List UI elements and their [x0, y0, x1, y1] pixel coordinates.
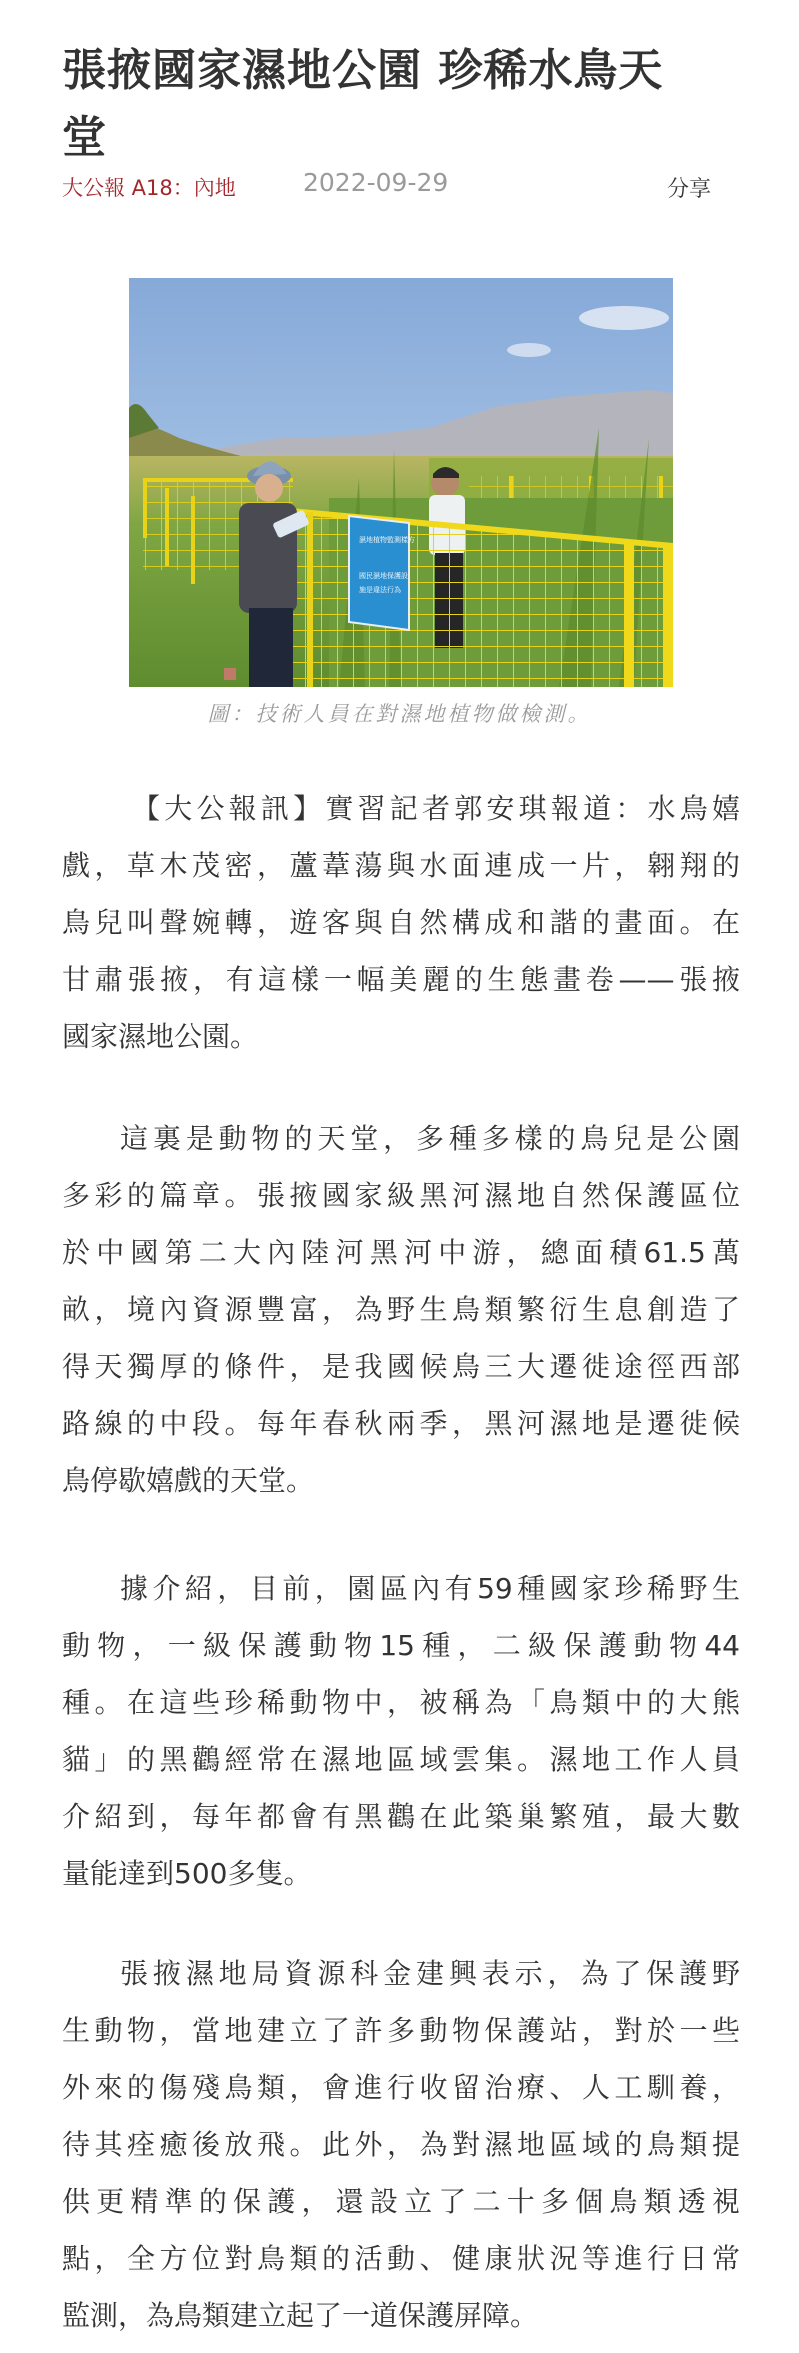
- paragraph-line: 鳥兒叫聲婉轉，遊客與自然構成和諧的畫面。在: [62, 894, 740, 951]
- paragraph-line: 甘肅張掖，有這樣一幅美麗的生態畫卷——張掖: [62, 951, 740, 1008]
- paragraph-line: 【大公報訊】實習記者郭安琪報道：水鳥嬉: [62, 780, 740, 837]
- publish-date: 2022-09-29: [303, 168, 448, 197]
- article-photo: 濕地植物監測樣方 國民濕地保護設 施是違法行為: [129, 278, 673, 687]
- paragraph-line: 點，全方位對鳥類的活動、健康狀況等進行日常: [62, 2230, 740, 2287]
- paragraph-line: 這裏是動物的天堂，多種多樣的鳥兒是公園: [62, 1110, 740, 1167]
- paragraph-line: 待其痊癒後放飛。此外，為對濕地區域的鳥類提: [62, 2116, 740, 2173]
- svg-text:濕地植物監測樣方: 濕地植物監測樣方: [359, 535, 415, 544]
- paragraph-line: 動物，一級保護動物15種，二級保護動物44: [62, 1617, 740, 1674]
- paragraph-line: 生動物，當地建立了許多動物保護站，對於一些: [62, 2002, 740, 2059]
- paragraph-line: 張掖濕地局資源科金建興表示，為了保護野: [62, 1945, 740, 2002]
- paragraph-line: 量能達到500多隻。: [62, 1845, 740, 1902]
- paragraph-line: 供更精準的保護，還設立了二十多個鳥類透視: [62, 2173, 740, 2230]
- paragraph-4: 張掖濕地局資源科金建興表示，為了保護野 生動物，當地建立了許多動物保護站，對於一…: [62, 1945, 740, 2344]
- paragraph-line: 於中國第二大內陸河黑河中游，總面積61.5萬: [62, 1224, 740, 1281]
- wetland-photo-image: 濕地植物監測樣方 國民濕地保護設 施是違法行為: [129, 278, 673, 687]
- paragraph-line: 介紹到，每年都會有黑鸛在此築巢繁殖，最大數: [62, 1788, 740, 1845]
- paragraph-1: 【大公報訊】實習記者郭安琪報道：水鳥嬉 戲，草木茂密，蘆葦蕩與水面連成一片，翱翔…: [62, 780, 740, 1065]
- paragraph-2: 這裏是動物的天堂，多種多樣的鳥兒是公園 多彩的篇章。張掖國家級黑河濕地自然保護區…: [62, 1110, 740, 1509]
- paragraph-line: 多彩的篇章。張掖國家級黑河濕地自然保護區位: [62, 1167, 740, 1224]
- paragraph-line: 戲，草木茂密，蘆葦蕩與水面連成一片，翱翔的: [62, 837, 740, 894]
- paragraph-line: 種。在這些珍稀動物中，被稱為「鳥類中的大熊: [62, 1674, 740, 1731]
- paragraph-line: 監測，為鳥類建立起了一道保護屏障。: [62, 2287, 740, 2344]
- svg-text:施是違法行為: 施是違法行為: [359, 585, 401, 594]
- paragraph-line: 得天獨厚的條件，是我國候鳥三大遷徙途徑西部: [62, 1338, 740, 1395]
- paragraph-line: 貓」的黑鸛經常在濕地區域雲集。濕地工作人員: [62, 1731, 740, 1788]
- article-meta: 大公報 A18：內地 2022-09-29 分享: [62, 168, 740, 200]
- sign: 濕地植物監測樣方 國民濕地保護設 施是違法行為: [349, 516, 415, 630]
- svg-text:國民濕地保護設: 國民濕地保護設: [359, 571, 408, 580]
- paragraph-line: 路線的中段。每年春秋兩季，黑河濕地是遷徙候: [62, 1395, 740, 1452]
- paragraph-line: 畝，境內資源豐富，為野生鳥類繁衍生息創造了: [62, 1281, 740, 1338]
- paragraph-line: 據介紹，目前，園區內有59種國家珍稀野生: [62, 1560, 740, 1617]
- paragraph-3: 據介紹，目前，園區內有59種國家珍稀野生 動物，一級保護動物15種，二級保護動物…: [62, 1560, 740, 1902]
- share-button[interactable]: 分享: [667, 172, 711, 203]
- paragraph-line: 國家濕地公園。: [62, 1008, 740, 1065]
- source-label[interactable]: 大公報 A18：內地: [62, 172, 236, 202]
- paragraph-line: 外來的傷殘鳥類，會進行收留治療、人工馴養，: [62, 2059, 740, 2116]
- article-title-line-2: 堂: [62, 104, 752, 171]
- article-title-line-1: 張掖國家濕地公園 珍稀水鳥天: [62, 37, 752, 104]
- paragraph-line: 鳥停歇嬉戲的天堂。: [62, 1452, 740, 1509]
- article-title: 張掖國家濕地公園 珍稀水鳥天 堂: [62, 37, 752, 171]
- photo-caption: 圖：技術人員在對濕地植物做檢測。: [0, 700, 799, 728]
